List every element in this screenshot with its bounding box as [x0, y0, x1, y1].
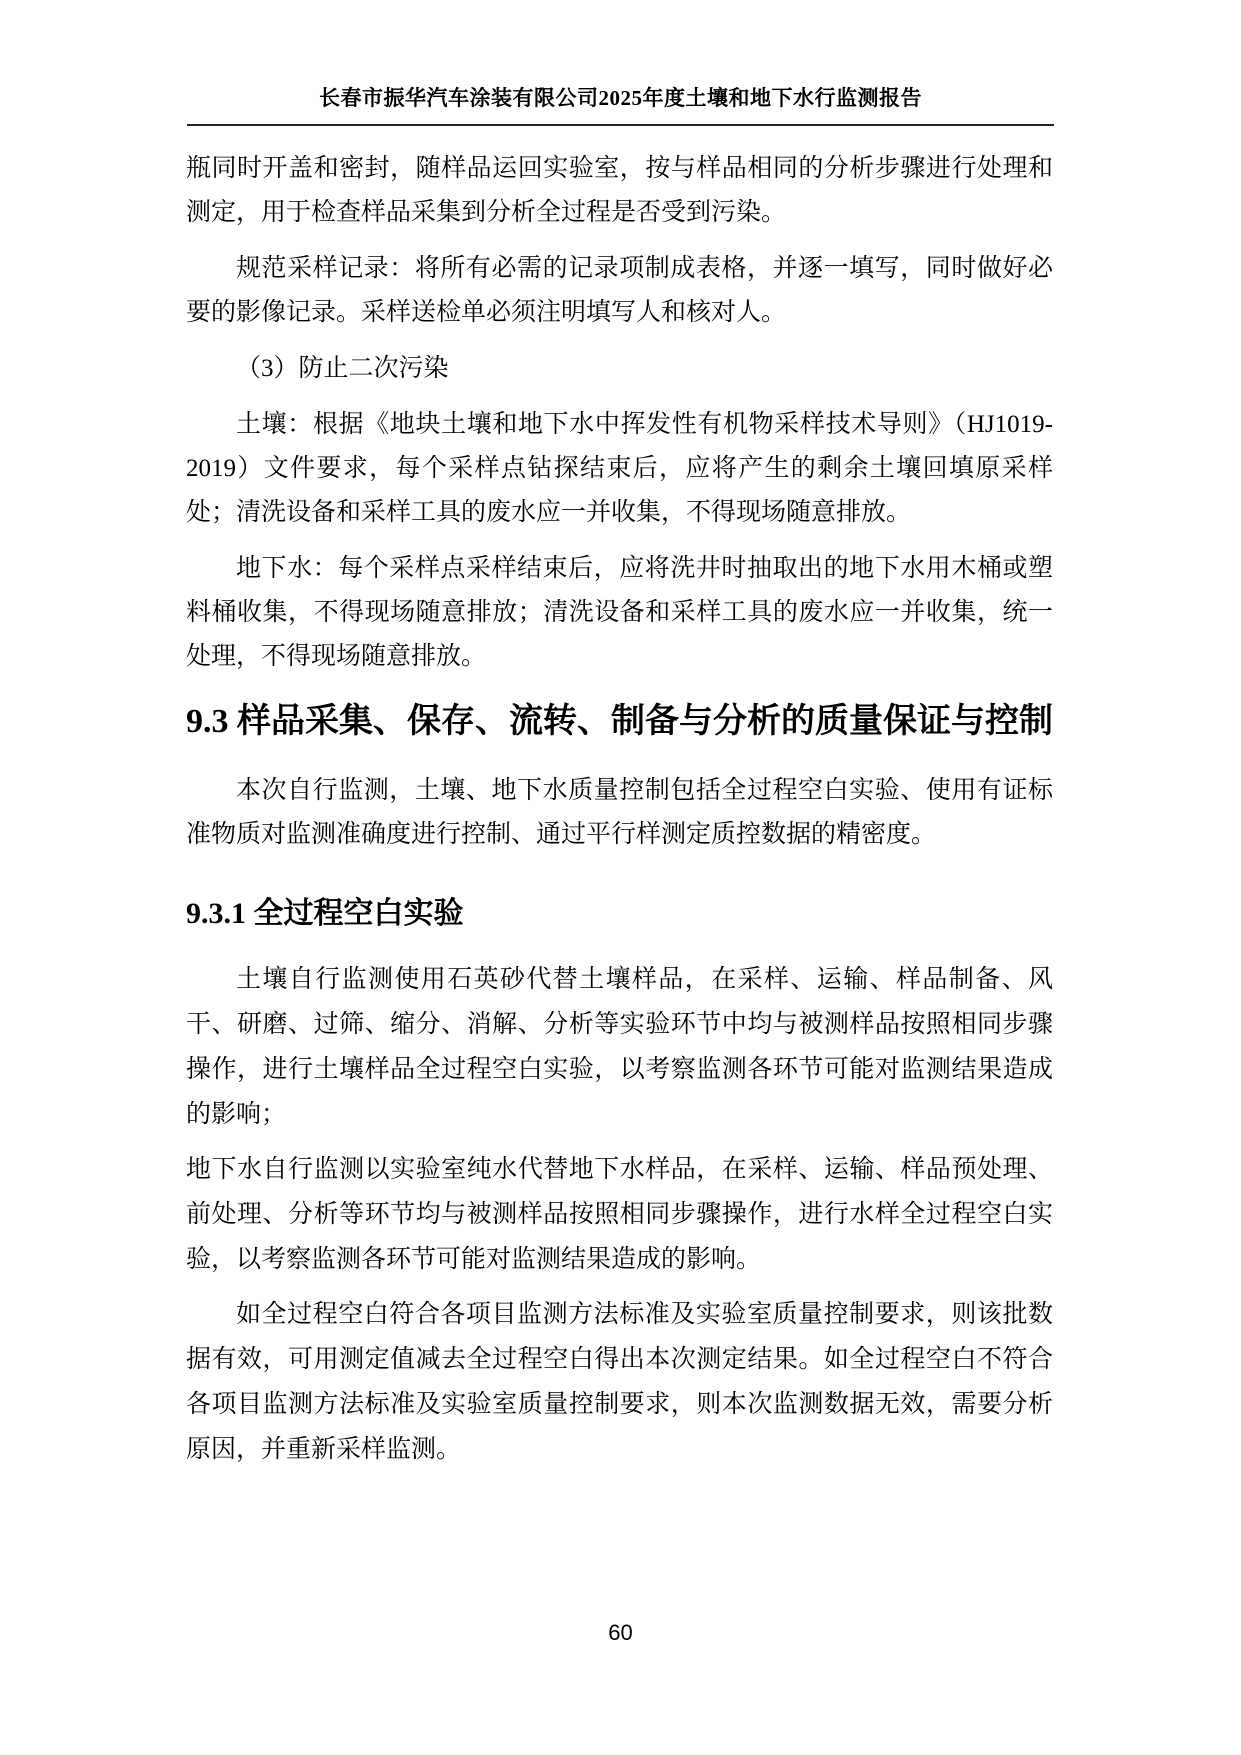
header-rule [187, 124, 1054, 126]
section-heading-9-3: 9.3 样品采集、保存、流转、制备与分析的质量保证与控制 [186, 701, 1053, 743]
body-paragraph: 土壤：根据《地块土壤和地下水中挥发性有机物采样技术导则》（HJ1019-2019… [186, 403, 1053, 535]
body-paragraph: 土壤自行监测使用石英砂代替土壤样品，在采样、运输、样品制备、风干、研磨、过筛、缩… [186, 957, 1053, 1137]
body-paragraph-continuation: 瓶同时开盖和密封，随样品运回实验室，按与样品相同的分析步骤进行处理和测定，用于检… [186, 147, 1053, 235]
body-paragraph: 规范采样记录：将所有必需的记录项制成表格，并逐一填写，同时做好必要的影像记录。采… [186, 247, 1053, 335]
body-paragraph: 本次自行监测，土壤、地下水质量控制包括全过程空白实验、使用有证标准物质对监测准确… [186, 769, 1053, 857]
body-paragraph: 如全过程空白符合各项目监测方法标准及实验室质量控制要求，则该批数据有效，可用测定… [186, 1292, 1053, 1472]
section-heading-9-3-1: 9.3.1 全过程空白实验 [186, 895, 1053, 933]
body-paragraph: 地下水：每个采样点采样结束后，应将洗井时抽取出的地下水用木桶或塑料桶收集，不得现… [186, 547, 1053, 679]
body-paragraph-list-item: （3）防止二次污染 [186, 347, 1053, 391]
header-title: 长春市振华汽车涂装有限公司2025年度土壤和地下水行监测报告 [0, 84, 1241, 112]
document-body: 瓶同时开盖和密封，随样品运回实验室，按与样品相同的分析步骤进行处理和测定，用于检… [186, 147, 1053, 1482]
document-page: 长春市振华汽车涂装有限公司2025年度土壤和地下水行监测报告 瓶同时开盖和密封，… [0, 0, 1241, 1755]
body-paragraph-continuation: 地下水自行监测以实验室纯水代替地下水样品，在采样、运输、样品预处理、前处理、分析… [186, 1147, 1053, 1282]
page-number: 60 [0, 1620, 1241, 1646]
